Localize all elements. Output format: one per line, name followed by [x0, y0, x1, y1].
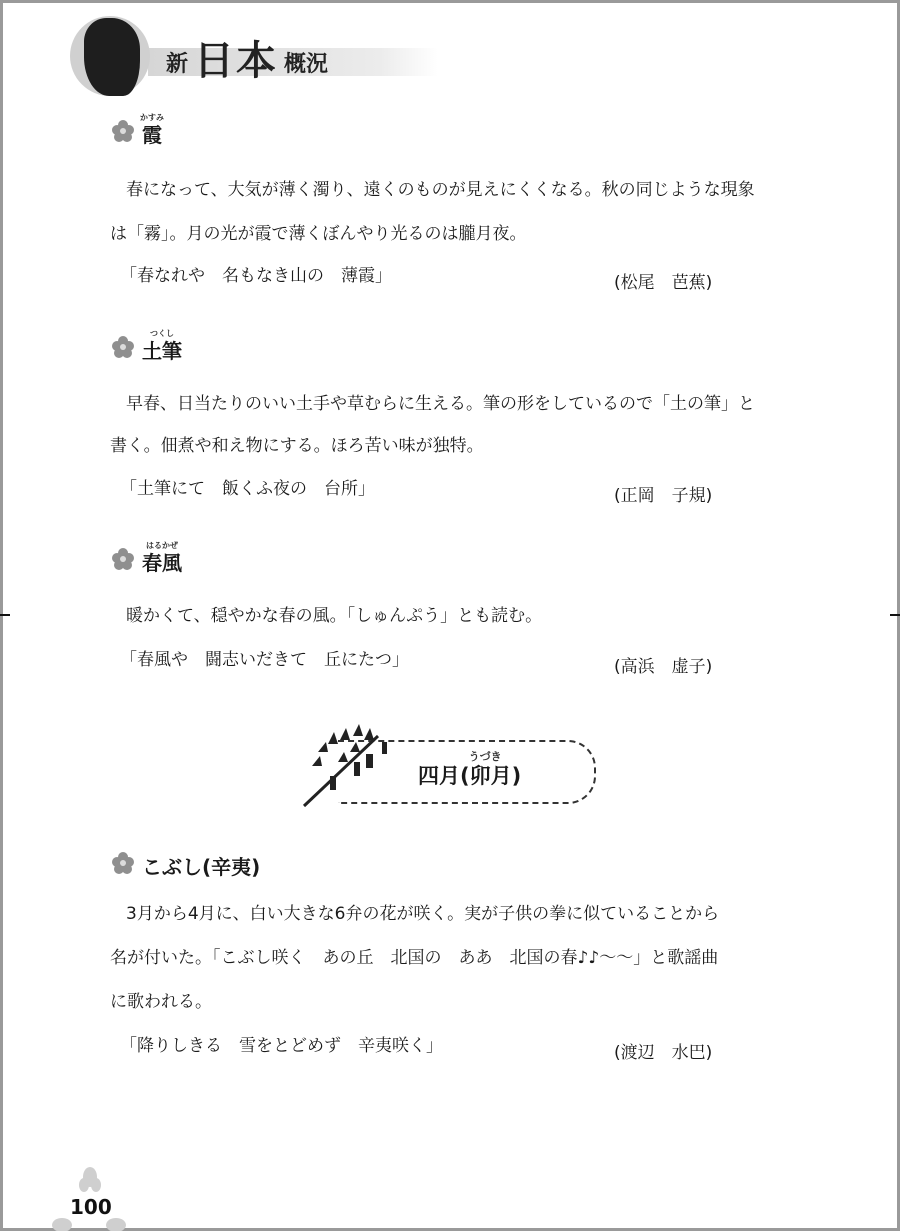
entry-title: はるかぜ 春風	[142, 553, 182, 573]
entry-heading-kobushi: こぶし(辛夷)	[112, 852, 260, 877]
entry-title: つくし 土筆	[142, 341, 182, 361]
heading-ruby: かすみ	[140, 114, 164, 122]
haiku-author: (高浜 虚子)	[614, 652, 712, 677]
month-label: うづき 四月(卯月)	[418, 760, 521, 790]
entry-heading-harukaze: はるかぜ 春風	[112, 548, 182, 573]
flower-icon	[112, 336, 134, 358]
entry-heading-kasumi: かすみ 霞	[112, 120, 162, 145]
entry-body-line: 春になって、大気が薄く濁り、遠くのものが見えにくくなる。秋の同じような現象	[126, 182, 755, 199]
entry-body-line: に歌われる。	[110, 994, 212, 1011]
crop-mark-left	[0, 614, 10, 616]
book-header-logo: 新 日本 概況	[70, 12, 370, 102]
page-number: 100	[70, 1195, 112, 1219]
month-ruby: うづき	[469, 748, 502, 764]
entry-heading-tsukushi: つくし 土筆	[112, 336, 182, 361]
book-title: 新 日本 概況	[166, 36, 328, 86]
heading-label: 霞	[142, 123, 162, 147]
flower-icon	[112, 548, 134, 570]
entry-body-line: は「霧」。月の光が霞で薄くぼんやり光るのは朧月夜。	[110, 226, 527, 243]
haiku-author: (松尾 芭蕉)	[614, 268, 712, 293]
haiku-author: (渡辺 水巴)	[614, 1038, 712, 1063]
flower-icon	[112, 120, 134, 142]
entry-title: こぶし(辛夷)	[142, 857, 260, 877]
title-prefix: 新	[166, 47, 188, 86]
flower-icon	[112, 852, 134, 874]
haiku: 「春風や 闘志いだきて 丘にたつ」	[120, 652, 409, 669]
month-banner: うづき 四月(卯月)	[298, 722, 608, 814]
portrait-silhouette-icon	[84, 18, 140, 96]
entry-body-line: 暖かくて、穏やかな春の風。「しゅんぷう」とも読む。	[126, 608, 542, 625]
title-suffix: 概況	[284, 47, 328, 86]
entry-body-line: 早春、日当たりのいい土手や草むらに生える。筆の形をしているので「土の筆」と	[126, 396, 755, 413]
heading-label: 土筆	[142, 339, 182, 363]
entry-body-line: 3月から4月に、白い大きな6弁の花が咲く。実が子供の拳に似ていることから	[126, 906, 719, 923]
heading-ruby: つくし	[150, 330, 174, 338]
haiku: 「春なれや 名もなき山の 薄霞」	[120, 268, 392, 285]
heading-label: 春風	[142, 551, 182, 575]
entry-title: かすみ 霞	[142, 125, 162, 145]
haiku: 「土筆にて 飯くふ夜の 台所」	[120, 481, 375, 498]
crop-mark-right	[890, 614, 900, 616]
heading-ruby: はるかぜ	[146, 542, 178, 550]
haiku-author: (正岡 子規)	[614, 481, 712, 506]
month-label-text: 四月(卯月)	[418, 764, 521, 788]
entry-body-line: 名が付いた。「こぶし咲く あの丘 北国の ああ 北国の春♪♪〜〜」と歌謡曲	[110, 950, 718, 967]
title-main: 日本	[194, 29, 278, 86]
haiku: 「降りしきる 雪をとどめず 辛夷咲く」	[120, 1038, 443, 1055]
entry-body-line: 書く。佃煮や和え物にする。ほろ苦い味が独特。	[110, 438, 484, 455]
bamboo-icon	[298, 722, 398, 812]
